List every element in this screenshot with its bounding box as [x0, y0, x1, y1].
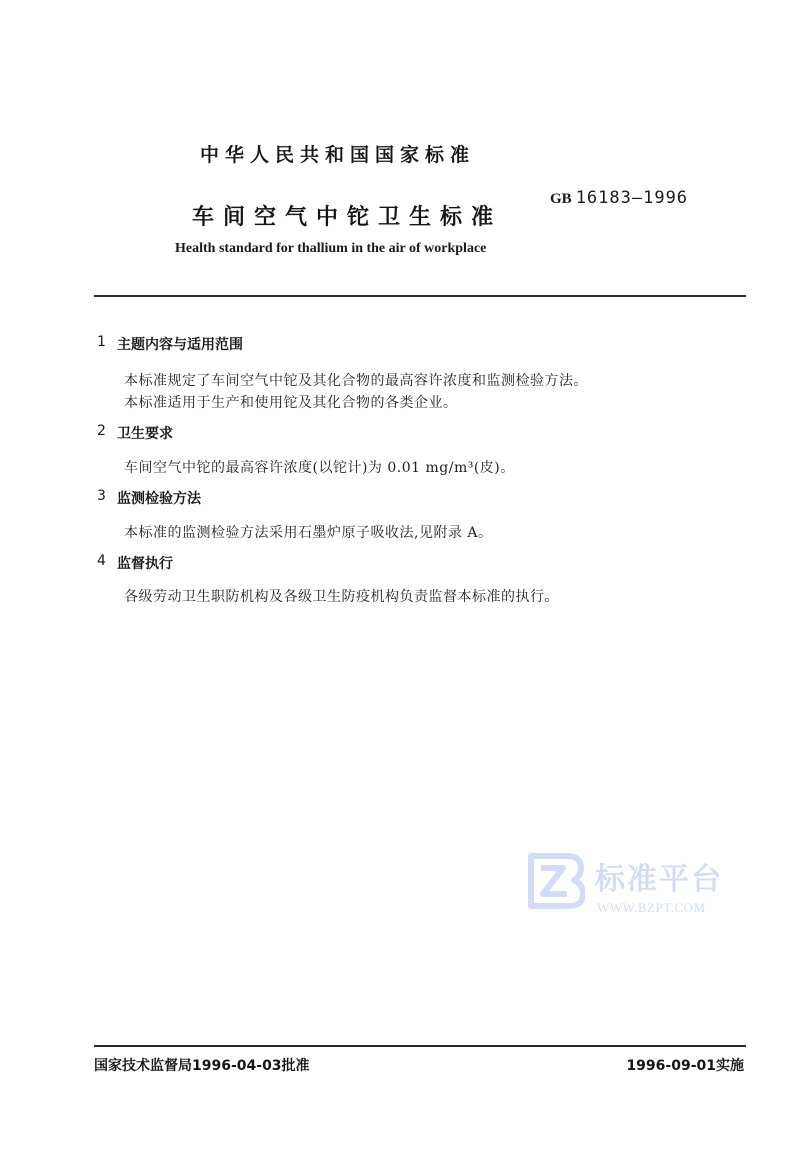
section-2-paragraph-1: 车间空气中铊的最高容许浓度(以铊计)为 0.01 mg/m³(皮)。: [124, 457, 515, 477]
standard-type-heading: 中华人民共和国国家标准: [200, 140, 475, 167]
header-divider: [94, 295, 746, 297]
section-1-paragraph-1: 本标准规定了车间空气中铊及其化合物的最高容许浓度和监测检验方法。: [124, 370, 588, 390]
document-title: 车间空气中铊卫生标准: [192, 200, 502, 231]
section-2-number: 2: [97, 423, 106, 439]
document-title-english: Health standard for thallium in the air …: [175, 241, 486, 257]
watermark-url: WWW.BZPT.COM: [597, 900, 706, 916]
standard-code-number: 16183—1996: [576, 188, 688, 208]
section-1-paragraph-2: 本标准适用于生产和使用铊及其化合物的各类企业。: [124, 392, 458, 412]
section-4-paragraph-1: 各级劳动卫生职防机构及各级卫生防疫机构负责监督本标准的执行。: [124, 586, 559, 606]
implementation-date: 1996-09-01实施: [626, 1055, 744, 1075]
section-3-title: 监测检验方法: [117, 488, 201, 508]
standard-code: GB16183—1996: [550, 188, 688, 208]
watermark-text: 标准平台: [595, 854, 723, 898]
section-1-title: 主题内容与适用范围: [117, 334, 243, 354]
section-3-number: 3: [97, 488, 106, 504]
standard-code-prefix: GB: [550, 191, 572, 207]
section-4-number: 4: [97, 553, 106, 569]
watermark: 标准平台 WWW.BZPT.COM: [527, 852, 747, 922]
approval-date: 国家技术监督局1996-04-03批准: [94, 1055, 310, 1075]
section-1-number: 1: [97, 334, 106, 350]
footer-divider: [94, 1045, 746, 1047]
bz-logo-icon: [527, 852, 585, 910]
section-3-paragraph-1: 本标准的监测检验方法采用石墨炉原子吸收法,见附录 A。: [124, 522, 493, 542]
section-2-title: 卫生要求: [117, 423, 173, 443]
section-4-title: 监督执行: [117, 553, 173, 573]
